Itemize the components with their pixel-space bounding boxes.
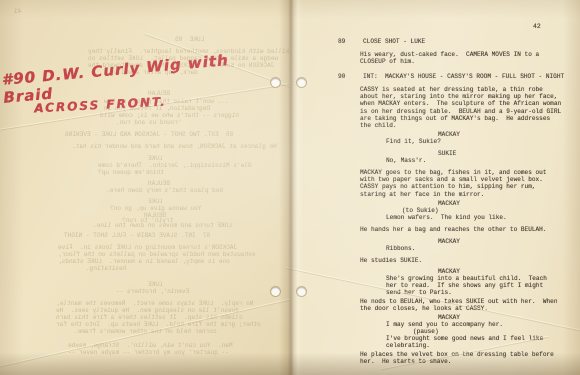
script-line: His weary, dust-caked face. CAMERA MOVES… [360, 51, 539, 58]
script-line: MACKAY goes to the bag, fishes in it, an… [360, 169, 547, 176]
script-line: SUKIE [438, 150, 456, 157]
script-column: 89CLOSE SHOT - LUKEHis weary, dust-caked… [290, 0, 580, 375]
punch-hole-top-right [297, 78, 306, 87]
script-line: Find it, Sukie? [386, 138, 441, 145]
page-left: 41LUKE 85killed with kindness, smothered… [0, 0, 290, 375]
script-action: He nods to BEULAH, who takes SUKIE out w… [360, 298, 557, 312]
script-line: are taking things out of MACKAY's bag. H… [360, 115, 561, 122]
script-line: CLOSE SHOT - LUKE [338, 38, 425, 45]
script-line: about her, staring into the mirror makin… [360, 93, 561, 100]
script-action: His weary, dust-caked face. CAMERA MOVES… [360, 51, 539, 65]
script-line: MACKAY [438, 131, 460, 138]
script-line: her. He starts to shave. [360, 358, 554, 365]
punch-hole-bottom-left [271, 287, 280, 296]
script-line: her to read. If she shows any gift I mig… [386, 282, 547, 289]
script-line: INT: MACKAY'S HOUSE - CASSY'S ROOM - FUL… [338, 73, 564, 80]
script-line: CASSY is seated at her dressing table, a… [360, 86, 561, 93]
script-dialogue: Lemon wafers. The kind you like. [386, 214, 507, 221]
ghost-line: Evenin', brothers -- [116, 288, 189, 295]
script-scan-spread: 41LUKE 85killed with kindness, smothered… [0, 0, 580, 375]
script-action: CASSY is seated at her dressing table, a… [360, 86, 561, 129]
script-action: He studies SUKIE. [360, 257, 422, 264]
scene-number: 89 [338, 38, 345, 45]
ghost-line: 87 INT. SLAVE CABIN - FULL SHOT - NIGHT [64, 232, 210, 239]
ghost-line: LUKE 85 [175, 36, 204, 43]
script-line: I may send you to accompany her. [386, 321, 503, 328]
script-line: with two paper sacks and a small velvet … [360, 176, 547, 183]
script-line: Ribbons. [386, 245, 415, 252]
script-line: is on her dressing table. BEULAH and a 9… [360, 108, 561, 115]
script-line: He places the velvet box on the dressing… [360, 351, 554, 358]
script-line: MACKAY [438, 200, 460, 207]
scene-number: 90 [338, 73, 345, 80]
ghost-line: think'em queen up? [98, 169, 164, 176]
ghost-line: 'round us and run. [116, 119, 182, 126]
script-line: CLOSEUP of him. [360, 58, 539, 65]
ghost-line: bed place that's mory down here. [106, 187, 223, 194]
script-line: No, Mass'r. [386, 157, 426, 164]
script-cue: SUKIE [438, 150, 456, 157]
script-dialogue: Ribbons. [386, 245, 415, 252]
script-line: Lemon wafers. The kind you like. [386, 214, 507, 221]
script-scene: 89CLOSE SHOT - LUKE [338, 38, 425, 45]
ghost-line: hesitating. [86, 265, 126, 272]
script-cue: MACKAY [438, 238, 460, 245]
ghost-line: -- quarter' you my brother -- maybe neve… [68, 349, 229, 356]
script-line: staring at her face in the mirror. [360, 191, 547, 198]
script-line: the child. [360, 122, 561, 129]
script-cue: MACKAY [438, 131, 460, 138]
script-dialogue: I may send you to accompany her. [386, 321, 503, 328]
script-line: CASSY pays no attention to him, sipping … [360, 183, 547, 190]
script-cue: MACKAY [438, 200, 460, 207]
script-dialogue: No, Mass'r. [386, 157, 426, 164]
script-scene: 90INT: MACKAY'S HOUSE - CASSY'S ROOM - F… [338, 73, 564, 80]
ghost-line: 41 [14, 8, 21, 15]
ghost-line: He glances at JACKSON, bows and hard and… [72, 143, 277, 150]
ghost-line: one is empty, leaned in a manner. LUKE s… [58, 258, 230, 265]
script-line: MACKAY [438, 238, 460, 245]
script-action: MACKAY goes to the bag, fishes in it, an… [360, 169, 547, 198]
ghost-line: LUKE turns and moves on down the line. [93, 222, 232, 229]
script-line: He studies SUKIE. [360, 257, 422, 264]
punch-hole-top-left [271, 78, 280, 87]
script-line: when MACKAY enters. The sculpture of the… [360, 100, 561, 107]
script-line: the door closes, he looks at CASSY. [360, 305, 557, 312]
script-line: celebrating. [386, 342, 543, 349]
script-dialogue: Find it, Sukie? [386, 138, 441, 145]
script-line: He hands her a bag and reaches the other… [360, 226, 547, 233]
script-line: She's growing into a beautiful child. Te… [386, 275, 547, 282]
ghost-line: 85 EXT. TWO SHOT - JACKSON AND LUKE - EV… [65, 131, 233, 138]
page-gutter [279, 0, 303, 375]
punch-hole-bottom-right [297, 287, 306, 296]
page-right: 42 89CLOSE SHOT - LUKEHis weary, dust-ca… [290, 0, 580, 375]
script-action: He hands her a bag and reaches the other… [360, 226, 547, 233]
